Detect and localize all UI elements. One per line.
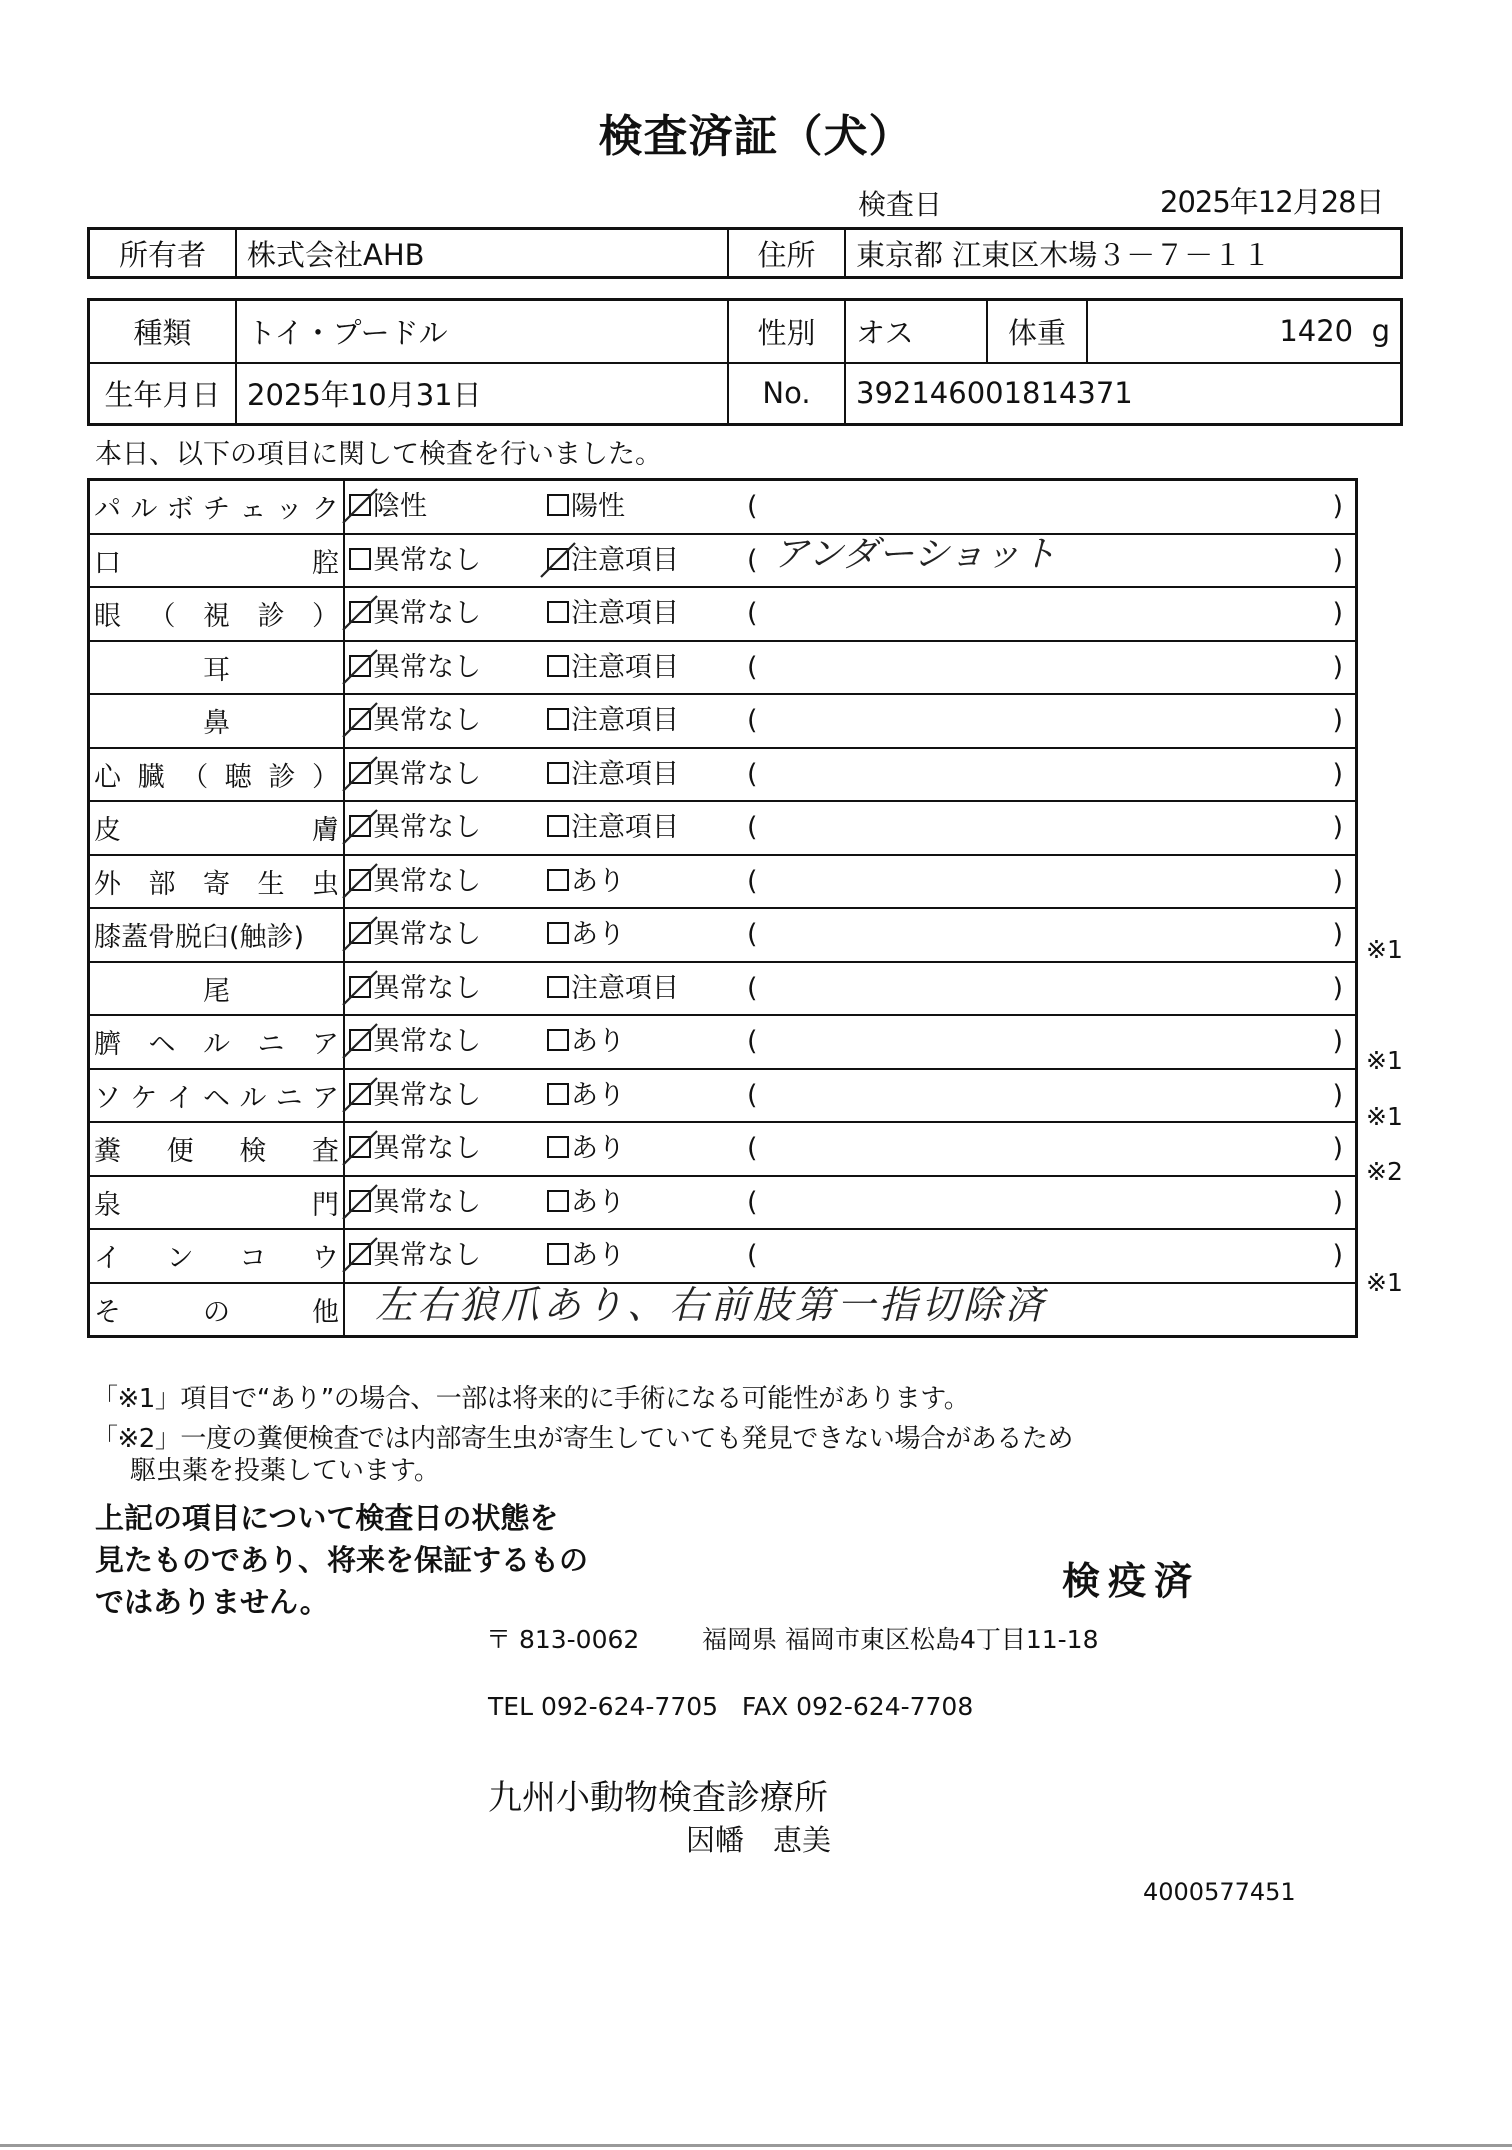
- label-char: 皮: [94, 808, 121, 847]
- label-char: ニ: [276, 1076, 303, 1115]
- option-1-label: 異常なし: [373, 812, 481, 843]
- label-char: ン: [167, 1236, 194, 1275]
- inspection-item-label: 臍ヘルニア: [89, 1015, 345, 1069]
- checkbox[interactable]: [349, 976, 371, 998]
- footnote-mark: ※1: [1366, 1046, 1403, 1075]
- birth-value: 2025年10月31日: [236, 363, 728, 425]
- inspection-result-cell: 異常なしあり(): [344, 1122, 1357, 1176]
- inspection-item-label-text: 心臓（聴診）: [94, 755, 339, 794]
- option-2[interactable]: あり: [547, 1016, 625, 1067]
- checkbox[interactable]: [547, 1083, 569, 1105]
- option-1-label: 異常なし: [373, 652, 481, 683]
- inspection-row-other: その他左右狼爪あり、右前肢第一指切除済: [89, 1283, 1357, 1337]
- inspection-row: 耳異常なし注意項目(): [89, 641, 1357, 695]
- inspection-item-label: 耳: [89, 641, 345, 695]
- label-char: 生: [258, 862, 285, 901]
- option-1[interactable]: 異常なし: [349, 588, 481, 639]
- inspection-row: 糞便検査異常なしあり(): [89, 1122, 1357, 1176]
- inspection-item-label: 眼（視診）: [89, 587, 345, 641]
- label-char: ボ: [167, 487, 194, 526]
- checkbox[interactable]: [349, 922, 371, 944]
- open-paren: (: [747, 588, 758, 639]
- species-value: トイ・プードル: [236, 300, 728, 363]
- option-2[interactable]: 注意項目: [547, 535, 679, 586]
- option-1[interactable]: 異常なし: [349, 749, 481, 800]
- option-2-label: あり: [571, 1080, 625, 1111]
- option-2-label: 注意項目: [571, 759, 679, 790]
- option-2[interactable]: あり: [547, 856, 625, 907]
- option-2-label: 注意項目: [571, 652, 679, 683]
- checkbox[interactable]: [349, 869, 371, 891]
- checkbox[interactable]: [349, 548, 371, 570]
- option-2[interactable]: 注意項目: [547, 749, 679, 800]
- document-title: 検査済証（犬）: [0, 100, 1512, 164]
- label-char: ヘ: [203, 1076, 230, 1115]
- label-char: 寄: [203, 862, 230, 901]
- other-label: その他: [89, 1283, 345, 1337]
- label-char: ル: [239, 1076, 266, 1115]
- label-char: 泉: [94, 1183, 121, 1222]
- label-char: ェ: [239, 487, 266, 526]
- handwritten-note: アンダーショット: [773, 529, 1057, 580]
- disclaimer-line: 上記の項目について検査日の状態を: [95, 1497, 588, 1539]
- option-1-label: 異常なし: [373, 1080, 481, 1111]
- close-paren: ): [1332, 1016, 1343, 1067]
- inspection-row: 口腔異常なし注意項目(アンダーショット): [89, 534, 1357, 588]
- option-1-label: 異常なし: [373, 545, 481, 576]
- inspection-row: 臍ヘルニア異常なしあり(): [89, 1015, 1357, 1069]
- checkbox[interactable]: [349, 762, 371, 784]
- label-char: ヘ: [149, 1022, 176, 1061]
- inspection-row: 皮膚異常なし注意項目(): [89, 801, 1357, 855]
- close-paren: ): [1332, 588, 1343, 639]
- label-char: ニ: [258, 1022, 285, 1061]
- inspection-result-cell: 異常なしあり(): [344, 1229, 1357, 1283]
- open-paren: (: [747, 1016, 758, 1067]
- inspection-date-label: 検査日: [858, 183, 942, 223]
- checkbox[interactable]: [547, 708, 569, 730]
- option-2[interactable]: 注意項目: [547, 695, 679, 746]
- inspection-item-label-text: 臍ヘルニア: [94, 1022, 339, 1061]
- open-paren: (: [747, 802, 758, 853]
- inspection-result-cell: 陰性陽性(): [344, 480, 1357, 534]
- option-1-label: 異常なし: [373, 1187, 481, 1218]
- disclaimer-line: ではありません。: [95, 1581, 588, 1623]
- label-char: 口: [94, 541, 121, 580]
- inspection-item-label-text: 膝蓋骨脱臼(触診): [94, 915, 339, 954]
- footnote-2-continued: 駆虫薬を投薬しています。: [130, 1450, 440, 1487]
- close-paren: ): [1332, 963, 1343, 1014]
- inspection-item-label: インコウ: [89, 1229, 345, 1283]
- option-2[interactable]: 注意項目: [547, 588, 679, 639]
- checkbox[interactable]: [547, 494, 569, 516]
- open-paren: (: [747, 1070, 758, 1121]
- inspection-result-cell: 異常なし注意項目(アンダーショット): [344, 534, 1357, 588]
- option-1-label: 陰性: [373, 491, 427, 522]
- birth-label: 生年月日: [89, 363, 237, 425]
- open-paren: (: [747, 963, 758, 1014]
- inspection-item-label-text: 耳: [94, 648, 339, 687]
- other-handwritten-note: 左右狼爪あり、右前肢第一指切除済: [375, 1280, 1047, 1331]
- quarantine-stamp: 検疫済: [1062, 1550, 1200, 1605]
- open-paren: (: [747, 481, 758, 532]
- option-2[interactable]: 注意項目: [547, 802, 679, 853]
- weight-label: 体重: [987, 300, 1087, 363]
- label-char: パ: [94, 487, 121, 526]
- inspection-result-cell: 異常なしあり(): [344, 908, 1357, 962]
- inspection-result-cell: 異常なし注意項目(): [344, 962, 1357, 1016]
- option-1-label: 異常なし: [373, 1133, 481, 1164]
- label-char: 膚: [312, 808, 339, 847]
- checkbox[interactable]: [547, 815, 569, 837]
- disclaimer: 上記の項目について検査日の状態を 見たものであり、将来を保証するもの ではありま…: [95, 1497, 588, 1623]
- close-paren: ): [1332, 1230, 1343, 1281]
- label-char: 糞: [94, 1129, 121, 1168]
- option-1[interactable]: 異常なし: [349, 1123, 481, 1174]
- inspection-item-label-text: 鼻: [94, 701, 339, 740]
- species-label: 種類: [89, 300, 237, 363]
- label-char: ）: [312, 755, 339, 794]
- label-char: 外: [94, 862, 121, 901]
- inspection-row: 心臓（聴診）異常なし注意項目(): [89, 748, 1357, 802]
- weight-value: 1420: [1279, 314, 1353, 348]
- label-char: イ: [167, 1076, 194, 1115]
- checkbox[interactable]: [349, 1190, 371, 1212]
- option-1[interactable]: 異常なし: [349, 1230, 481, 1281]
- label-char: （: [149, 594, 176, 633]
- sex-value: オス: [845, 300, 987, 363]
- label-char: 腔: [312, 541, 339, 580]
- option-2[interactable]: 注意項目: [547, 642, 679, 693]
- open-paren: (: [747, 535, 758, 586]
- no-value: 392146001814371: [845, 363, 1402, 425]
- option-2-label: あり: [571, 1240, 625, 1271]
- option-2-label: 注意項目: [571, 705, 679, 736]
- owner-label: 所有者: [89, 229, 237, 278]
- option-1[interactable]: 異常なし: [349, 1177, 481, 1228]
- label-char: （: [181, 755, 208, 794]
- checkbox[interactable]: [349, 494, 371, 516]
- checkbox[interactable]: [349, 815, 371, 837]
- checkbox[interactable]: [547, 655, 569, 677]
- label-char: 便: [167, 1129, 194, 1168]
- close-paren: ): [1332, 481, 1343, 532]
- other-label-text: その他: [94, 1290, 339, 1329]
- sex-label: 性別: [728, 300, 845, 363]
- inspection-item-label-text: インコウ: [94, 1236, 339, 1275]
- no-label: No.: [728, 363, 845, 425]
- label-char: ッ: [276, 487, 303, 526]
- checkbox[interactable]: [547, 1190, 569, 1212]
- option-2-label: 注意項目: [571, 598, 679, 629]
- option-1-label: 異常なし: [373, 705, 481, 736]
- inspection-item-label: 鼻: [89, 694, 345, 748]
- issuer-person: 因幡 恵美: [686, 1818, 831, 1859]
- checkbox[interactable]: [547, 1243, 569, 1265]
- inspection-result-cell: 異常なし注意項目(): [344, 801, 1357, 855]
- issuer-org: 九州小動物検査診療所: [488, 1770, 828, 1819]
- inspection-row: 鼻異常なし注意項目(): [89, 694, 1357, 748]
- label-char: 診: [268, 755, 295, 794]
- option-2-label: 注意項目: [571, 545, 679, 576]
- owner-table: 所有者 株式会社AHB 住所 東京都 江東区木場３－７－１１: [87, 227, 1403, 279]
- option-2-label: 注意項目: [571, 812, 679, 843]
- close-paren: ): [1332, 909, 1343, 960]
- inspection-result-cell: 異常なし注意項目(): [344, 641, 1357, 695]
- checkbox[interactable]: [547, 922, 569, 944]
- option-2-label: あり: [571, 1187, 625, 1218]
- option-1-label: 異常なし: [373, 973, 481, 1004]
- inspection-result-cell: 異常なし注意項目(): [344, 748, 1357, 802]
- label-char: 聴: [225, 755, 252, 794]
- checkbox[interactable]: [349, 1083, 371, 1105]
- close-paren: ): [1332, 1070, 1343, 1121]
- checkbox[interactable]: [547, 869, 569, 891]
- checkbox[interactable]: [349, 1029, 371, 1051]
- option-1[interactable]: 異常なし: [349, 856, 481, 907]
- footnote-mark: ※1: [1366, 1268, 1403, 1297]
- checkbox[interactable]: [349, 1243, 371, 1265]
- inspection-item-label-text: 尾: [94, 969, 339, 1008]
- open-paren: (: [747, 1230, 758, 1281]
- label-char: ル: [203, 1022, 230, 1061]
- issuer-tel-fax: TEL 092-624-7705 FAX 092-624-7708: [488, 1692, 973, 1721]
- label-char: 虫: [312, 862, 339, 901]
- option-2[interactable]: あり: [547, 1123, 625, 1174]
- address-label: 住所: [728, 229, 845, 278]
- open-paren: (: [747, 856, 758, 907]
- footnote-mark: ※1: [1366, 1102, 1403, 1131]
- inspection-item-label-text: パルボチェック: [94, 487, 339, 526]
- option-2-label: 注意項目: [571, 973, 679, 1004]
- label-char: 眼: [94, 594, 121, 633]
- open-paren: (: [747, 1123, 758, 1174]
- option-1[interactable]: 異常なし: [349, 535, 481, 586]
- inspection-result-cell: 異常なしあり(): [344, 1176, 1357, 1230]
- checkbox[interactable]: [547, 1029, 569, 1051]
- inspection-row: 膝蓋骨脱臼(触診)異常なしあり(): [89, 908, 1357, 962]
- inspection-item-label-text: 皮膚: [94, 808, 339, 847]
- checkbox[interactable]: [547, 762, 569, 784]
- inspection-item-label: 糞便検査: [89, 1122, 345, 1176]
- option-1-label: 異常なし: [373, 1026, 481, 1057]
- open-paren: (: [747, 909, 758, 960]
- label-char: ケ: [130, 1076, 157, 1115]
- inspection-item-label: ソケイヘルニア: [89, 1069, 345, 1123]
- label-char: コ: [239, 1236, 266, 1275]
- option-1[interactable]: 異常なし: [349, 695, 481, 746]
- option-2-label: あり: [571, 1133, 625, 1164]
- option-2[interactable]: あり: [547, 1177, 625, 1228]
- open-paren: (: [747, 695, 758, 746]
- option-2-label: 陽性: [571, 491, 625, 522]
- inspection-result-cell: 異常なしあり(): [344, 855, 1357, 909]
- inspection-row: 眼（視診）異常なし注意項目(): [89, 587, 1357, 641]
- option-2[interactable]: 注意項目: [547, 963, 679, 1014]
- scan-edge-line: [0, 2144, 1512, 2147]
- inspection-table: パルボチェック陰性陽性()口腔異常なし注意項目(アンダーショット)眼（視診）異常…: [87, 478, 1358, 1338]
- inspection-item-label-text: 泉門: [94, 1183, 339, 1222]
- inspection-item-label: パルボチェック: [89, 480, 345, 534]
- option-1-label: 異常なし: [373, 598, 481, 629]
- option-1[interactable]: 異常なし: [349, 963, 481, 1014]
- inspection-row: パルボチェック陰性陽性(): [89, 480, 1357, 534]
- inspection-row: インコウ異常なしあり(): [89, 1229, 1357, 1283]
- label-char: 視: [203, 594, 230, 633]
- label-char: ア: [312, 1022, 339, 1061]
- footnote-mark: ※2: [1366, 1157, 1403, 1186]
- inspection-row: 外部寄生虫異常なしあり(): [89, 855, 1357, 909]
- intro-text: 本日、以下の項目に関して検査を行いました。: [95, 432, 662, 471]
- inspection-row: 泉門異常なしあり(): [89, 1176, 1357, 1230]
- close-paren: ): [1332, 1123, 1343, 1174]
- label-char: 尾: [203, 969, 230, 1008]
- label-char: イ: [94, 1236, 121, 1275]
- close-paren: ): [1332, 856, 1343, 907]
- option-1-label: 異常なし: [373, 1240, 481, 1271]
- option-2-label: あり: [571, 1026, 625, 1057]
- option-1[interactable]: 陰性: [349, 481, 427, 532]
- checkbox[interactable]: [547, 1136, 569, 1158]
- inspection-item-label: 尾: [89, 962, 345, 1016]
- document-code: 4000577451: [1143, 1878, 1296, 1906]
- close-paren: ): [1332, 535, 1343, 586]
- address-value: 東京都 江東区木場３－７－１１: [845, 229, 1402, 278]
- inspection-item-label-text: 糞便検査: [94, 1129, 339, 1168]
- inspection-item-label: 泉門: [89, 1176, 345, 1230]
- label-text: 膝蓋骨脱臼(触診): [94, 915, 304, 954]
- other-note-cell: 左右狼爪あり、右前肢第一指切除済: [344, 1283, 1357, 1337]
- label-char: ル: [130, 487, 157, 526]
- label-char: 査: [312, 1129, 339, 1168]
- inspection-item-label: 膝蓋骨脱臼(触診): [89, 908, 345, 962]
- checkbox[interactable]: [349, 1136, 371, 1158]
- option-1-label: 異常なし: [373, 866, 481, 897]
- label-char: ソ: [94, 1076, 121, 1115]
- inspection-result-cell: 異常なしあり(): [344, 1015, 1357, 1069]
- inspection-item-label: 口腔: [89, 534, 345, 588]
- label-char: ）: [312, 594, 339, 633]
- option-2-label: あり: [571, 919, 625, 950]
- disclaimer-line: 見たものであり、将来を保証するもの: [95, 1539, 588, 1581]
- checkbox[interactable]: [349, 601, 371, 623]
- issuer-postal: 〒 813-0062: [486, 1620, 639, 1656]
- label-char: 診: [258, 594, 285, 633]
- label-char: 門: [312, 1183, 339, 1222]
- option-1-label: 異常なし: [373, 919, 481, 950]
- weight-cell: 1420 g: [1087, 300, 1402, 363]
- inspection-item-label-text: 外部寄生虫: [94, 862, 339, 901]
- close-paren: ): [1332, 1177, 1343, 1228]
- option-1[interactable]: 異常なし: [349, 1016, 481, 1067]
- checkbox[interactable]: [547, 601, 569, 623]
- inspection-item-label: 皮膚: [89, 801, 345, 855]
- inspection-item-label-text: ソケイヘルニア: [94, 1076, 339, 1115]
- open-paren: (: [747, 642, 758, 693]
- inspection-item-label-text: 眼（視診）: [94, 594, 339, 633]
- option-1[interactable]: 異常なし: [349, 642, 481, 693]
- close-paren: ): [1332, 642, 1343, 693]
- option-2[interactable]: あり: [547, 1070, 625, 1121]
- checkbox[interactable]: [349, 655, 371, 677]
- inspection-result-cell: 異常なし注意項目(): [344, 694, 1357, 748]
- option-2[interactable]: 陽性: [547, 481, 625, 532]
- issuer-address: 福岡県 福岡市東区松島4丁目11-18: [702, 1620, 1099, 1656]
- inspection-result-cell: 異常なし注意項目(): [344, 587, 1357, 641]
- open-paren: (: [747, 1177, 758, 1228]
- label-char: ウ: [312, 1236, 339, 1275]
- pet-table: 種類 トイ・プードル 性別 オス 体重 1420 g 生年月日 2025年10月…: [87, 298, 1403, 426]
- open-paren: (: [747, 749, 758, 800]
- checkbox[interactable]: [547, 548, 569, 570]
- inspection-row: 尾異常なし注意項目(): [89, 962, 1357, 1016]
- inspection-result-cell: 異常なしあり(): [344, 1069, 1357, 1123]
- label-char: 鼻: [203, 701, 230, 740]
- footnote-1: 「※1」項目で“あり”の場合、一部は将来的に手術になる可能性があります。: [92, 1378, 969, 1415]
- label-char: 部: [149, 862, 176, 901]
- owner-value: 株式会社AHB: [236, 229, 728, 278]
- close-paren: ): [1332, 695, 1343, 746]
- label-char: 臓: [138, 755, 165, 794]
- option-1[interactable]: 異常なし: [349, 909, 481, 960]
- option-1-label: 異常なし: [373, 759, 481, 790]
- label-char: 検: [239, 1129, 266, 1168]
- inspection-row: ソケイヘルニア異常なしあり(): [89, 1069, 1357, 1123]
- checkbox[interactable]: [349, 708, 371, 730]
- close-paren: ): [1332, 802, 1343, 853]
- option-1[interactable]: 異常なし: [349, 1070, 481, 1121]
- close-paren: ): [1332, 749, 1343, 800]
- option-2-label: あり: [571, 866, 625, 897]
- inspection-date: 2025年12月28日: [1160, 180, 1384, 221]
- option-1[interactable]: 異常なし: [349, 802, 481, 853]
- weight-unit: g: [1372, 314, 1390, 348]
- option-2[interactable]: あり: [547, 909, 625, 960]
- inspection-item-label: 心臓（聴診）: [89, 748, 345, 802]
- label-char: 心: [94, 755, 121, 794]
- label-char: ク: [312, 487, 339, 526]
- label-char: 耳: [203, 648, 230, 687]
- label-char: ア: [312, 1076, 339, 1115]
- checkbox[interactable]: [547, 976, 569, 998]
- option-2[interactable]: あり: [547, 1230, 625, 1281]
- footnote-mark: ※1: [1366, 935, 1403, 964]
- inspection-item-label-text: 口腔: [94, 541, 339, 580]
- inspection-item-label: 外部寄生虫: [89, 855, 345, 909]
- label-char: チ: [203, 487, 230, 526]
- label-char: 臍: [94, 1022, 121, 1061]
